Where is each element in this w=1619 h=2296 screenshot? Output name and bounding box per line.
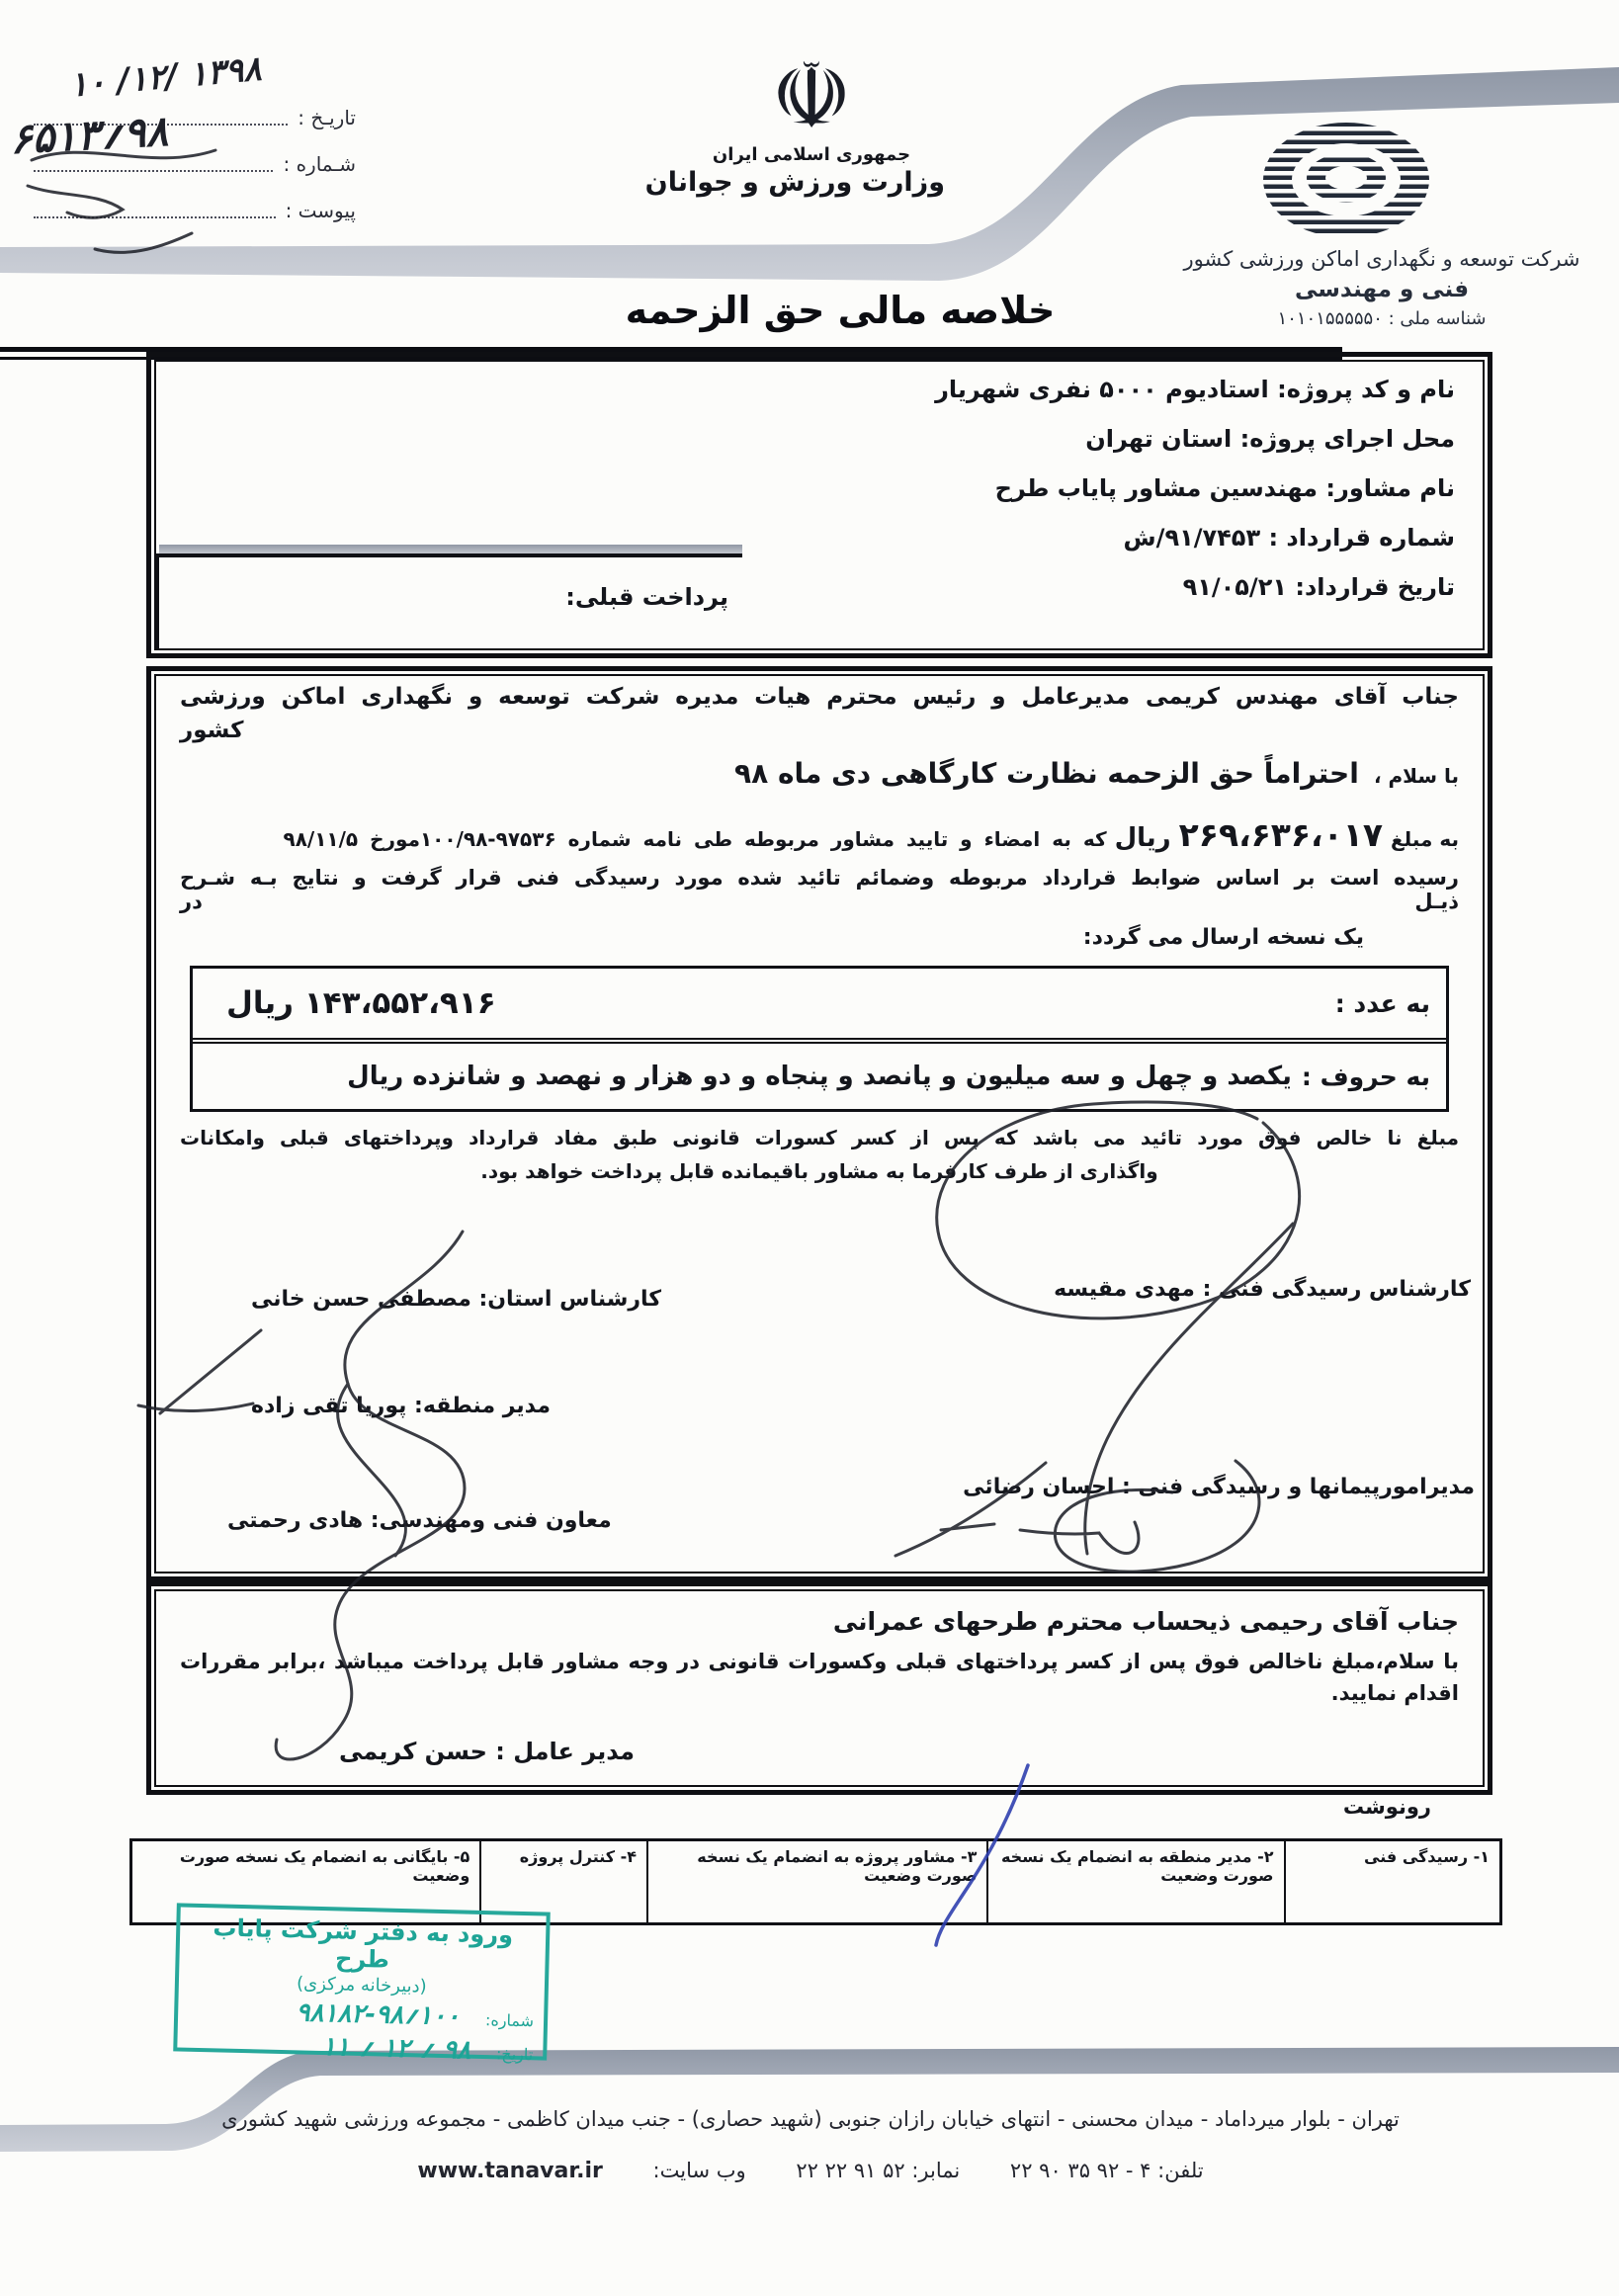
numeric-amount-value: ۱۴۳،۵۵۲،۹۱۶ ریال: [209, 985, 496, 1021]
accountant-note-box: جناب آقای رحیمی ذیحساب محترم طرحهای عمرا…: [146, 1581, 1492, 1795]
project-location-line: محل اجرای پروژه: استان تهران: [156, 425, 1455, 453]
greeting-line: با سلام ، احتراماً حق الزحمه نظارت کارگا…: [180, 757, 1459, 790]
ministry-header: ☫ جمهوری اسلامی ایران وزارت ورزش و جوانا…: [678, 51, 945, 198]
subject-text: احتراماً حق الزحمه نظارت کارگاهی دی ماه …: [734, 757, 1359, 790]
greeting-prefix: با سلام ،: [1374, 764, 1459, 788]
project-info-box: نام و کد پروژه: استادیوم ۵۰۰۰ نفری شهریا…: [146, 352, 1492, 658]
attachment-dotted-line: [34, 195, 276, 218]
cc-label: رونوشت: [1343, 1795, 1431, 1819]
words-amount-row: به حروف : یکصد و چهل و سه میلیون و پانصد…: [193, 1044, 1446, 1109]
cc-item-1: ۱- رسیدگی فنی: [1284, 1841, 1500, 1922]
iran-emblem-icon: ☫: [678, 51, 945, 142]
company-name-line: شرکت توسعه و نگهداری اماکن ورزشی کشور: [1154, 247, 1609, 271]
signature-contracts-manager: مدیرامورپیمانها و رسیدگی فنی : احسان رضا…: [963, 1475, 1475, 1499]
national-id-line: شناسه ملی : ۱۰۱۰۱۵۵۵۵۵۰: [1154, 308, 1609, 329]
cc-item-3: ۳- مشاور پروژه به انضمام یک نسخه صورت وض…: [646, 1841, 986, 1922]
managing-director-signature-line: مدیر عامل : حسن کریمی: [339, 1738, 635, 1765]
footer-phone: تلفن: ۴ - ۹۲ ۳۵ ۹۰ ۲۲: [1010, 2159, 1204, 2182]
document-title: خلاصه مالی حق الزحمه: [534, 289, 1147, 332]
scanned-letter-page: تاریـخ : شـماره : پیوست : ۱۳۹۸ /۱۲/ ۱۰ ۹…: [0, 0, 1619, 2296]
number-label: شـماره :: [283, 152, 360, 176]
words-amount-label: به حروف :: [1302, 1063, 1430, 1091]
body-line-2: رسیده است بر اساس ضوابط قرارداد مربوطه و…: [180, 866, 1459, 913]
consultant-line: نام مشاور: مهندسین مشاور پایاب طرح: [156, 474, 1455, 502]
amount-line-rest: که به امضاء و تایید مشاور مربوطه طی نامه…: [283, 827, 1106, 851]
bottom-swoosh: [0, 2047, 1619, 2152]
amount-currency: ریال: [1115, 823, 1171, 853]
ministry-line: وزارت ورزش و جوانان: [678, 167, 945, 198]
letter-body-box: جناب آقای مهندس کریمی مدیرعامل و رئیس مح…: [146, 666, 1492, 1581]
amount-table: به عدد : ۱۴۳،۵۵۲،۹۱۶ ریال به حروف : یکصد…: [190, 966, 1449, 1112]
signature-technical-reviewer: کارشناس رسیدگی فنی : مهدی مقیسه: [1054, 1277, 1471, 1302]
numeric-amount-row: به عدد : ۱۴۳،۵۵۲،۹۱۶ ریال: [193, 969, 1446, 1044]
signature-province-expert: کارشناس استان: مصطفی حسن خانی: [251, 1287, 661, 1312]
body-line-3: یک نسخه ارسال می گردد:: [180, 925, 1459, 950]
salutation-line-2: کشور: [180, 718, 1459, 743]
stamp-date-label: تاریخ:: [496, 2044, 534, 2064]
salutation-line-1: جناب آقای مهندس کریمی مدیرعامل و رئیس مح…: [180, 684, 1459, 710]
accountant-body-2: اقدام نمایید.: [180, 1681, 1459, 1705]
stamp-line-1: ورود به دفتر شرکت پایاب طرح: [189, 1913, 536, 1978]
entry-stamp: ورود به دفتر شرکت پایاب طرح (دبیرخانه مر…: [173, 1903, 551, 2060]
stamp-date-row: تاریخ: ۹۸ ؍ ۱۲ ؍ ۱۱: [187, 2029, 534, 2068]
note-line-2: واگذاری از طرف کارفرما به مشاور باقیماند…: [180, 1159, 1459, 1183]
signature-deputy: معاون فنی ومهندسی: هادی رحمتی: [227, 1508, 612, 1533]
stamp-date-value: ۹۸ ؍ ۱۲ ؍ ۱۱: [321, 2032, 470, 2066]
project-name-line: نام و کد پروژه: استادیوم ۵۰۰۰ نفری شهریا…: [156, 376, 1455, 403]
handwritten-number: ۹۸؍۶۵۱۳: [9, 107, 169, 163]
company-division-line: فنی و مهندسی: [1154, 277, 1609, 302]
payment-box-shade: [159, 545, 742, 553]
amount-line: به مبلغ ۲۶۹،۶۳۶،۰۱۷ ریال که به امضاء و ت…: [180, 815, 1459, 854]
previous-payment-label: پرداخت قبلی:: [565, 583, 728, 611]
amount-prefix: به مبلغ: [1391, 827, 1459, 851]
attachment-row: پیوست :: [28, 176, 360, 222]
cc-item-2: ۲- مدیر منطقه به انضمام یک نسخه صورت وضع…: [986, 1841, 1283, 1922]
footer-fax: نمابر: ۵۲ ۹۱ ۲۲ ۲۲: [796, 2159, 960, 2182]
numeric-amount-label: به عدد :: [1335, 989, 1430, 1018]
footer-contact-line: تلفن: ۴ - ۹۲ ۳۵ ۹۰ ۲۲ نمابر: ۵۲ ۹۱ ۲۲ ۲۲…: [59, 2159, 1562, 2183]
footer-address: تهران - بلوار میرداماد - میدان محسنی - ا…: [59, 2107, 1562, 2131]
stamp-number-value: ۱۰۰؍۹۸-۹۸۱۸۲: [296, 1998, 460, 2031]
previous-payment-box: پرداخت قبلی:: [156, 553, 742, 648]
company-logo-icon: [1261, 121, 1431, 239]
footer-website: www.tanavar.ir: [417, 2159, 602, 2183]
signature-region-manager: مدیر منطقه: پوریا تقی زاده: [251, 1394, 551, 1418]
company-header: شرکت توسعه و نگهداری اماکن ورزشی کشور فن…: [1154, 121, 1609, 329]
stamp-number-label: شماره:: [485, 2010, 534, 2030]
accountant-heading: جناب آقای رحیمی ذیحساب محترم طرحهای عمرا…: [180, 1607, 1459, 1636]
note-line-1: مبلغ نا خالص فوق مورد تائید می باشد که پ…: [180, 1126, 1459, 1149]
accountant-body-1: با سلام،مبلغ ناخالص فوق پس از کسر پرداخت…: [180, 1650, 1459, 1673]
footer-web-label: وب سایت:: [653, 2159, 746, 2182]
date-label: تاریـخ :: [298, 106, 360, 129]
amount-value: ۲۶۹،۶۳۶،۰۱۷: [1179, 815, 1383, 854]
attachment-label: پیوست :: [286, 199, 360, 222]
stamp-number-row: شماره: ۱۰۰؍۹۸-۹۸۱۸۲: [188, 1996, 535, 2034]
words-amount-value: یکصد و چهل و سه میلیون و پانصد و پنجاه و…: [347, 1062, 1292, 1091]
republic-line: جمهوری اسلامی ایران: [678, 144, 945, 165]
